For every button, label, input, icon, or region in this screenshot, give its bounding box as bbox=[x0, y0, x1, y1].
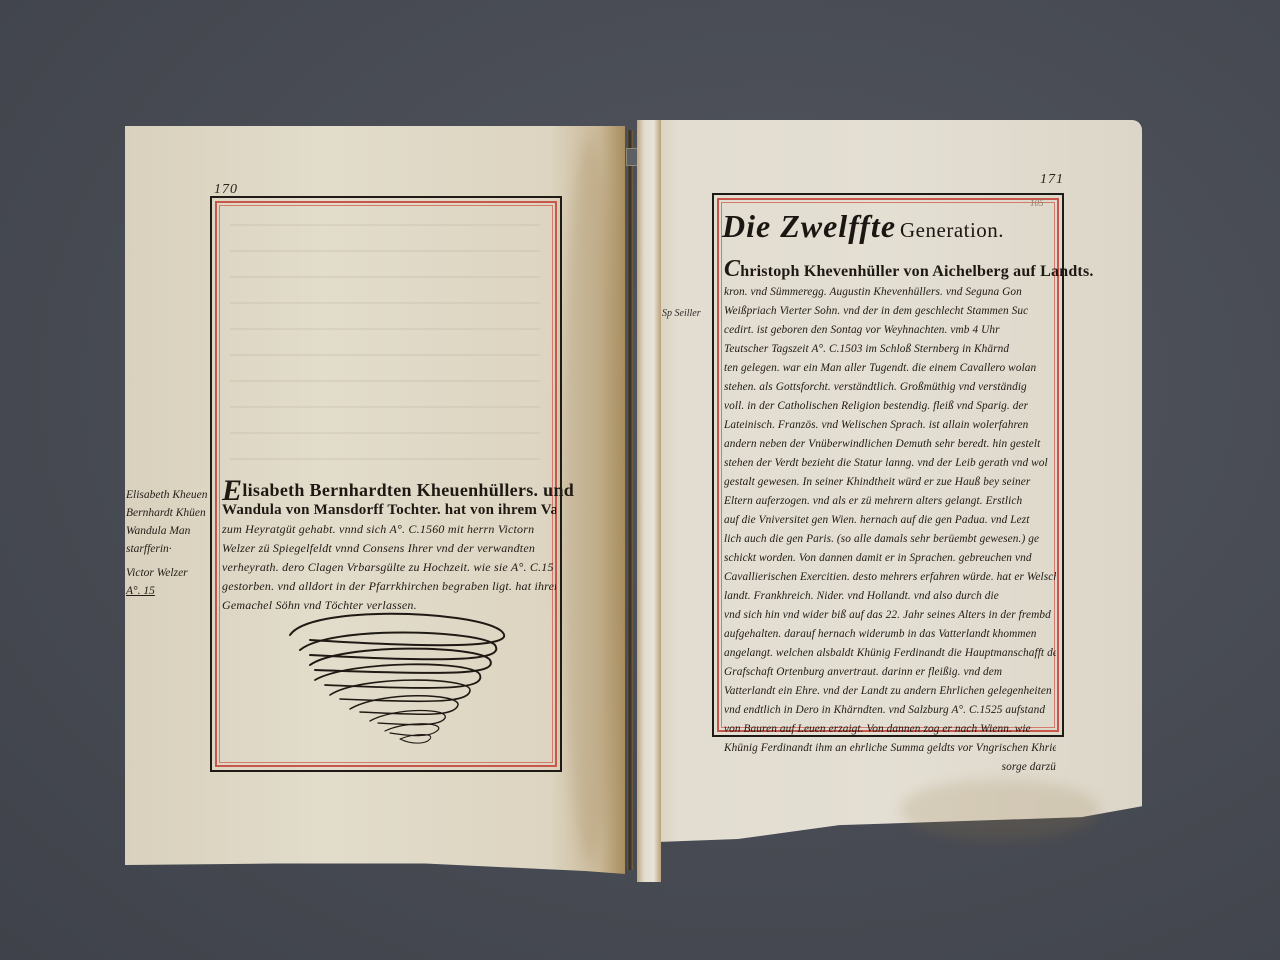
decorated-initial: C bbox=[724, 256, 740, 282]
spine-crack bbox=[627, 130, 633, 870]
margin-note: Elisabeth Kheuen Bernhardt Khüen Wandula… bbox=[126, 486, 226, 600]
entry-line: von Bauren auf Leuen erzaigt. Von dannen… bbox=[724, 720, 1056, 739]
heading-text: hristoph Khevenhüller von Aichelberg auf… bbox=[740, 263, 1093, 280]
binding-stub bbox=[637, 120, 661, 882]
entry-line: stehen. als Gottsforcht. verständtlich. … bbox=[724, 378, 1056, 397]
entry-line: zum Heyratgüt gehabt. vnnd sich A°. C.15… bbox=[222, 520, 556, 539]
entry-line: Cavallierischen Exercitien. desto mehrer… bbox=[724, 568, 1056, 587]
entry-line: andern neben der Vnüberwindlichen Demuth… bbox=[724, 435, 1056, 454]
entry-line: Grafschaft Ortenburg anvertraut. darinn … bbox=[724, 663, 1056, 682]
entry-line: Eltern auferzogen. vnd als er zü mehrern… bbox=[724, 492, 1056, 511]
calligraphic-flourish bbox=[270, 605, 550, 745]
margin-line: Bernhardt Khüen bbox=[126, 504, 226, 522]
entry-heading: Christoph Khevenhüller von Aichelberg au… bbox=[724, 258, 1056, 283]
entry-line: vnd endtlich in Dero in Khärndten. vnd S… bbox=[724, 701, 1056, 720]
entry-line: angelangt. welchen alsbaldt Khünig Ferdi… bbox=[724, 644, 1056, 663]
folio-number-right: 171 bbox=[1040, 172, 1064, 188]
entry-line: landt. Frankhreich. Nider. vnd Hollandt.… bbox=[724, 587, 1056, 606]
entry-line: stehen der Verdt bezieht die Statur lann… bbox=[724, 454, 1056, 473]
entry-line: voll. in der Catholischen Religion beste… bbox=[724, 397, 1056, 416]
entry-line: aufgehalten. darauf hernach widerumb in … bbox=[724, 625, 1056, 644]
entry-line: vnd sich hin vnd wider biß auf das 22. J… bbox=[724, 606, 1056, 625]
heading-text: lisabeth Bernhardten Kheuenhüllers. und bbox=[242, 480, 574, 500]
margin-line: starfferin· bbox=[126, 540, 226, 558]
entry-line: kron. vnd Sümmeregg. Augustin Khevenhüll… bbox=[724, 283, 1056, 302]
entry-line: Wandula von Mansdorff Tochter. hat von i… bbox=[222, 501, 556, 520]
entry-line: auf die Vniversitet gen Wien. hernach au… bbox=[724, 511, 1056, 530]
entry-line: cedirt. ist geboren den Sontag vor Weyhn… bbox=[724, 321, 1056, 340]
title-plain: Generation. bbox=[900, 218, 1004, 242]
water-stain-bottom bbox=[900, 780, 1100, 840]
entry-line: schickt worden. Von dannen damit er in S… bbox=[724, 549, 1056, 568]
entry-christoph: Christoph Khevenhüller von Aichelberg au… bbox=[724, 258, 1056, 777]
entry-line: Teutscher Tagszeit A°. C.1503 im Schloß … bbox=[724, 340, 1056, 359]
entry-line: gestorben. vnd alldort in der Pfarrkhirc… bbox=[222, 577, 556, 596]
pencil-annotation: Sp Seiller bbox=[662, 308, 701, 319]
gutter-stain-left bbox=[560, 140, 620, 860]
entry-line: Vatterlandt ein Ehre. vnd der Landt zu a… bbox=[724, 682, 1056, 701]
entry-line: ten gelegen. war ein Man aller Tugendt. … bbox=[724, 359, 1056, 378]
entry-line: gestalt gewesen. In seiner Khindtheit wü… bbox=[724, 473, 1056, 492]
entry-line: verheyrath. dero Clagen Vrbarsgülte zu H… bbox=[222, 558, 556, 577]
title-gothic: Die Zwelffte bbox=[722, 208, 896, 244]
entry-line: lich auch die gen Paris. (so alle damals… bbox=[724, 530, 1056, 549]
show-through-text bbox=[230, 210, 540, 460]
generation-title: Die Zwelffte Generation. bbox=[722, 208, 1004, 245]
entry-line: Weißpriach Vierter Sohn. vnd der in dem … bbox=[724, 302, 1056, 321]
entry-line: Lateinisch. Französ. vnd Welischen Sprac… bbox=[724, 416, 1056, 435]
entry-line: sorge darzü bbox=[724, 758, 1056, 777]
margin-line: A°. 15 bbox=[126, 582, 226, 600]
pencil-folio: 105 bbox=[1030, 198, 1044, 208]
entry-heading: Elisabeth Bernhardten Kheuenhüllers. und bbox=[222, 480, 556, 501]
entry-line: Welzer zü Spiegelfeldt vnnd Consens Ihre… bbox=[222, 539, 556, 558]
entry-line: Khünig Ferdinandt ihm an ehrliche Summa … bbox=[724, 739, 1056, 758]
margin-line: Victor Welzer bbox=[126, 564, 226, 582]
margin-line: Wandula Man bbox=[126, 522, 226, 540]
margin-line: Elisabeth Kheuen bbox=[126, 486, 226, 504]
entry-elisabeth: Elisabeth Bernhardten Kheuenhüllers. und… bbox=[222, 480, 556, 615]
